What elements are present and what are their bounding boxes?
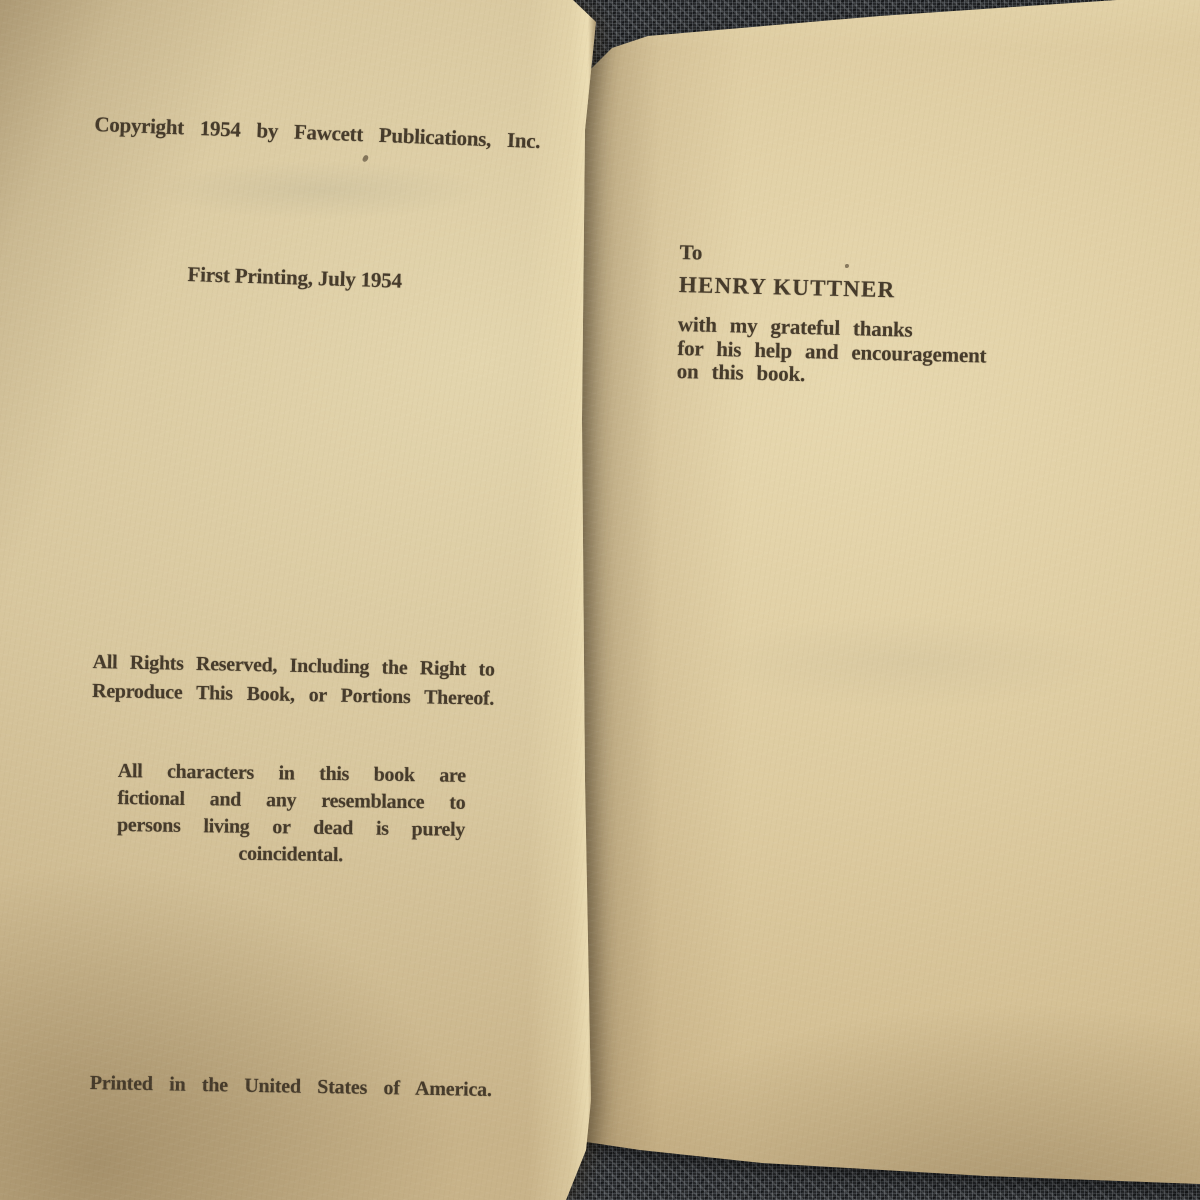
copyright-line: Copyright 1954 by Fawcett Publications, … <box>94 112 541 154</box>
disclaimer-line: persons living or dead is purely <box>117 812 465 844</box>
show-through-ghost <box>150 160 490 220</box>
left-page: Copyright 1954 by Fawcett Publications, … <box>0 0 1200 1200</box>
ink-speck <box>362 154 369 162</box>
rights-block: All Rights Reserved, Including the Right… <box>92 648 495 714</box>
left-page-wrap: Copyright 1954 by Fawcett Publications, … <box>0 0 1200 1200</box>
open-book-photo: To HENRY KUTTNER with my grateful thanks… <box>0 0 1200 1200</box>
disclaimer-line: coincidental. <box>116 839 464 871</box>
printing-line: First Printing, July 1954 <box>187 262 402 294</box>
disclaimer-block: All characters in this book are fictiona… <box>116 758 465 871</box>
printed-line: Printed in the United States of America. <box>90 1072 492 1102</box>
